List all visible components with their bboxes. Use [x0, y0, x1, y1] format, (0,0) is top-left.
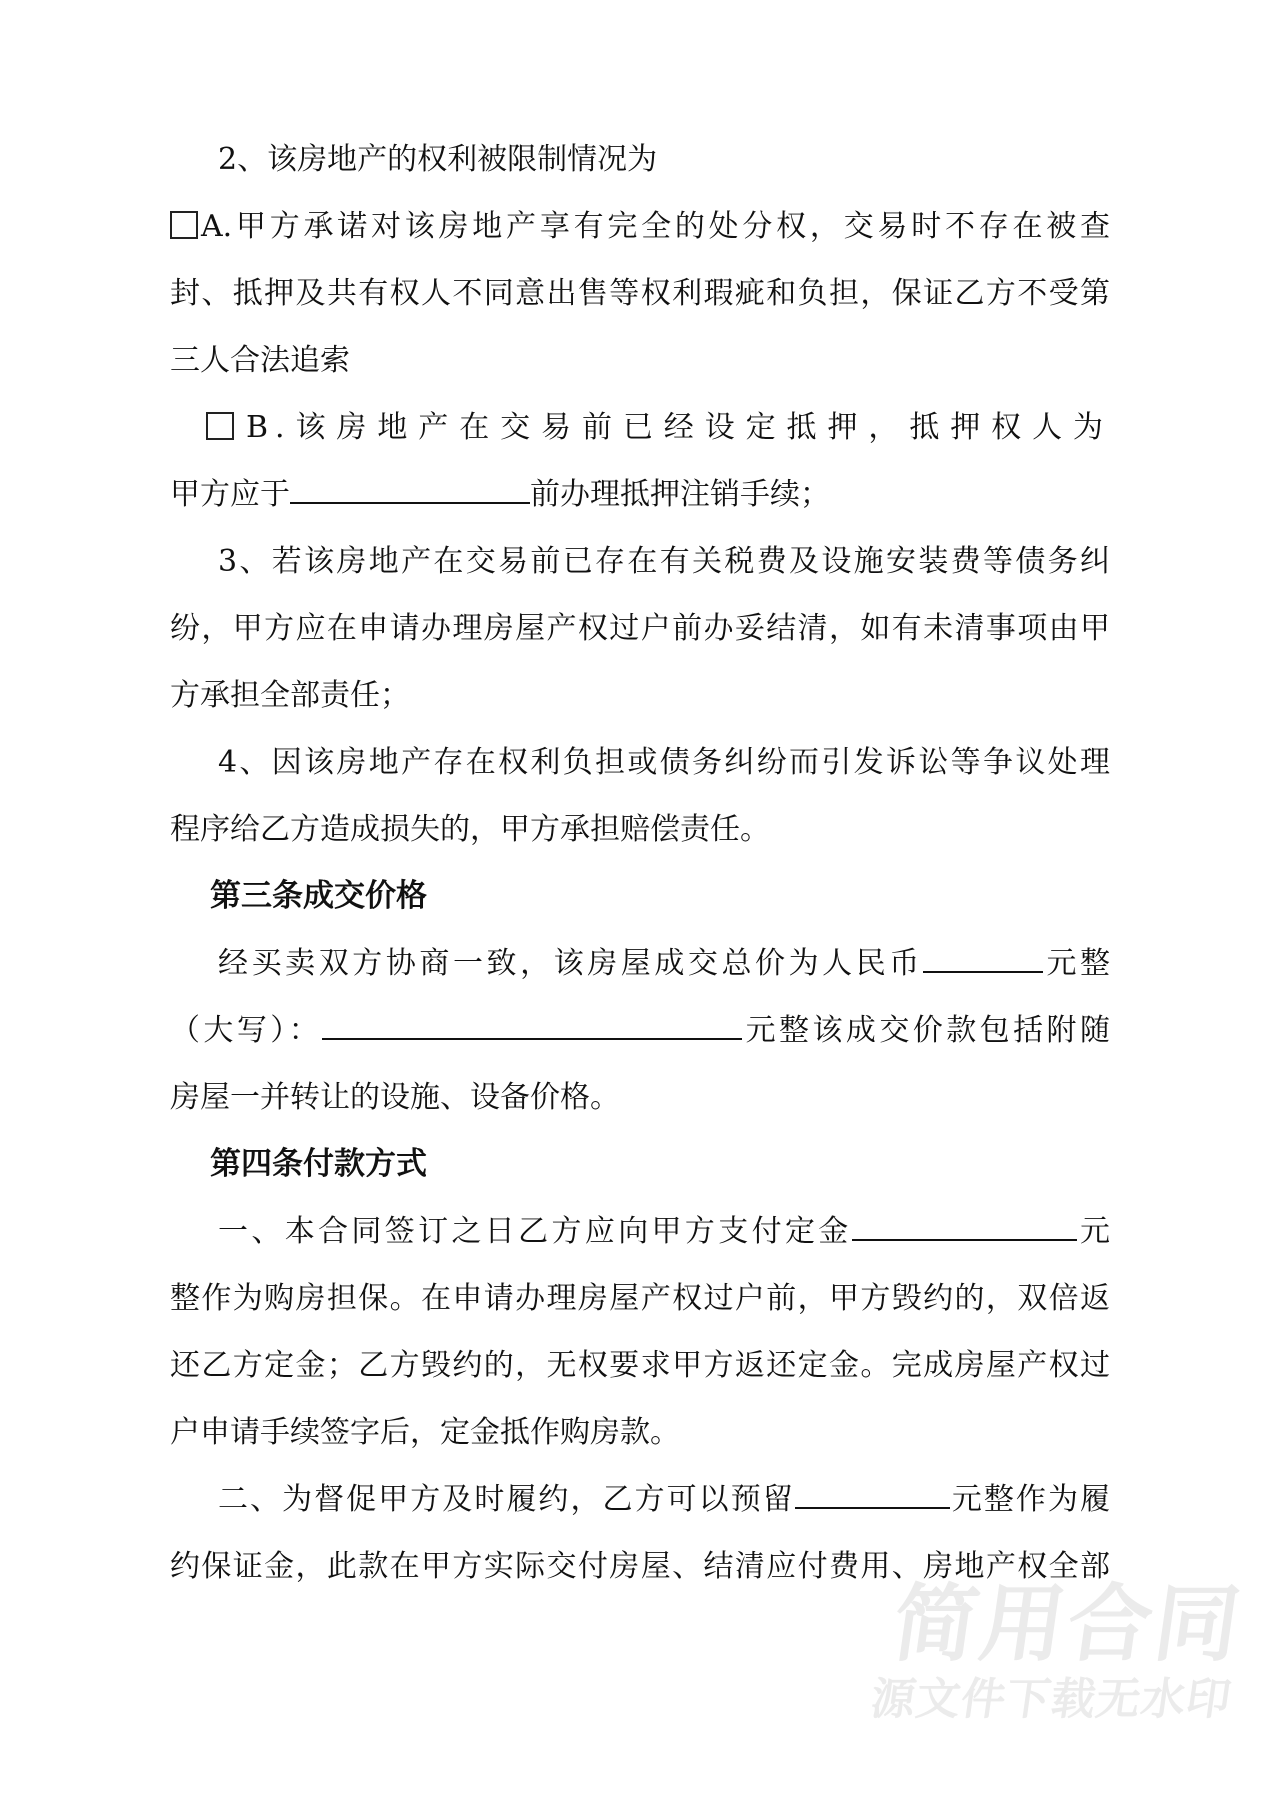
- clause2-intro-text: 2、该房地产的权利被限制情况为: [218, 142, 657, 177]
- mortgage-deadline-post: 前办理抵押注销手续；: [530, 477, 830, 512]
- clause3-line2: 纷，甲方应在申请办理房屋产权过户前办妥结清，如有未清事项由甲: [170, 595, 1110, 662]
- clause4-line2: 程序给乙方造成损失的，甲方承担赔偿责任。: [170, 796, 1110, 863]
- retention-pre: 二、为督促甲方及时履约，乙方可以预留: [218, 1482, 795, 1517]
- clause3-text2: 纷，甲方应在申请办理房屋产权过户前办妥结清，如有未清事项由甲: [170, 611, 1110, 646]
- deposit-post: 元: [1077, 1214, 1110, 1249]
- total-price-pre: 经买卖双方协商一致，该房屋成交总价为人民币: [218, 946, 923, 981]
- optionA-line2: 封、抵押及共有权人不同意出售等权利瑕疵和负担，保证乙方不受第: [170, 260, 1110, 327]
- article3-heading-text: 第三条成交价格: [210, 878, 427, 914]
- retention-post: 元整作为履: [950, 1482, 1110, 1517]
- deposit-line2: 整作为购房担保。在申请办理房屋产权过户前，甲方毁约的，双倍返: [170, 1265, 1110, 1332]
- deposit-line1: 一、本合同签订之日乙方应向甲方支付定金元: [170, 1198, 1110, 1265]
- optionB-line1: B.该房地产在交易前已经设定抵押，抵押权人为: [170, 394, 1110, 461]
- price-capital-post: 元整该成交价款包括附随: [742, 1013, 1110, 1048]
- contract-page: 2、该房地产的权利被限制情况为 A.甲方承诺对该房地产享有完全的处分权，交易时不…: [0, 0, 1280, 1810]
- optionA-line3: 三人合法追索: [170, 327, 1110, 394]
- article4-heading: 第四条付款方式: [170, 1131, 1110, 1198]
- watermark-subtitle: 源文件下载无水印: [868, 1678, 1234, 1722]
- clause3-line1: 3、若该房地产在交易前已存在有关税费及设施安装费等债务纠: [170, 528, 1110, 595]
- watermark: 简用合同 源文件下载无水印: [868, 1582, 1248, 1722]
- mortgage-deadline-blank[interactable]: [290, 468, 530, 504]
- clause3-line3: 方承担全部责任；: [170, 662, 1110, 729]
- optionA-checkbox[interactable]: [170, 211, 198, 239]
- clause3-text3: 方承担全部责任；: [170, 678, 410, 713]
- optionB-line2: 甲方应于前办理抵押注销手续；: [170, 461, 1110, 528]
- clause4-line1: 4、因该房地产存在权利负担或债务纠纷而引发诉讼等争议处理: [170, 729, 1110, 796]
- deposit-line3: 还乙方定金；乙方毁约的，无权要求甲方返还定金。完成房屋产权过: [170, 1332, 1110, 1399]
- deposit-line4: 户申请手续签字后，定金抵作购房款。: [170, 1399, 1110, 1466]
- price-includes-line: 房屋一并转让的设施、设备价格。: [170, 1064, 1110, 1131]
- optionB-label: B.: [246, 410, 292, 445]
- article4-heading-text: 第四条付款方式: [210, 1146, 427, 1182]
- optionA-text3: 三人合法追索: [170, 343, 350, 378]
- optionA-line1: A.甲方承诺对该房地产享有完全的处分权，交易时不存在被查: [170, 193, 1110, 260]
- watermark-title: 简用合同: [876, 1582, 1248, 1666]
- deposit-amount-blank[interactable]: [852, 1205, 1077, 1241]
- clause3-text1: 3、若该房地产在交易前已存在有关税费及设施安装费等债务纠: [218, 544, 1110, 579]
- optionA-text2: 封、抵押及共有权人不同意出售等权利瑕疵和负担，保证乙方不受第: [170, 276, 1110, 311]
- clause4-text2: 程序给乙方造成损失的，甲方承担赔偿责任。: [170, 812, 770, 847]
- deposit-text3: 还乙方定金；乙方毁约的，无权要求甲方返还定金。完成房屋产权过: [170, 1348, 1110, 1383]
- deposit-text4: 户申请手续签字后，定金抵作购房款。: [170, 1415, 680, 1450]
- price-capital-pre: （大写）：: [170, 1013, 322, 1048]
- optionB-text1: 该房地产在交易前已经设定抵押，抵押权人为: [292, 410, 1110, 445]
- deposit-text2: 整作为购房担保。在申请办理房屋产权过户前，甲方毁约的，双倍返: [170, 1281, 1110, 1316]
- retention-amount-blank[interactable]: [795, 1473, 950, 1509]
- optionA-label: A.: [201, 209, 232, 244]
- clause2-intro-line: 2、该房地产的权利被限制情况为: [170, 126, 1110, 193]
- mortgage-deadline-pre: 甲方应于: [170, 477, 290, 512]
- total-price-blank[interactable]: [923, 937, 1043, 973]
- article3-heading: 第三条成交价格: [170, 863, 1110, 930]
- total-price-post: 元整: [1043, 946, 1110, 981]
- clause4-text1: 4、因该房地产存在权利负担或债务纠纷而引发诉讼等争议处理: [218, 745, 1110, 780]
- total-price-line: 经买卖双方协商一致，该房屋成交总价为人民币元整: [170, 930, 1110, 997]
- deposit-pre: 一、本合同签订之日乙方应向甲方支付定金: [218, 1214, 852, 1249]
- retention-line1: 二、为督促甲方及时履约，乙方可以预留元整作为履: [170, 1466, 1110, 1533]
- price-capital-blank[interactable]: [322, 1004, 742, 1040]
- price-capital-line: （大写）：元整该成交价款包括附随: [170, 997, 1110, 1064]
- optionB-checkbox[interactable]: [206, 412, 234, 440]
- price-includes-text: 房屋一并转让的设施、设备价格。: [170, 1080, 620, 1115]
- optionA-text1: 甲方承诺对该房地产享有完全的处分权，交易时不存在被查: [232, 209, 1110, 244]
- contract-body: 2、该房地产的权利被限制情况为 A.甲方承诺对该房地产享有完全的处分权，交易时不…: [170, 126, 1110, 1600]
